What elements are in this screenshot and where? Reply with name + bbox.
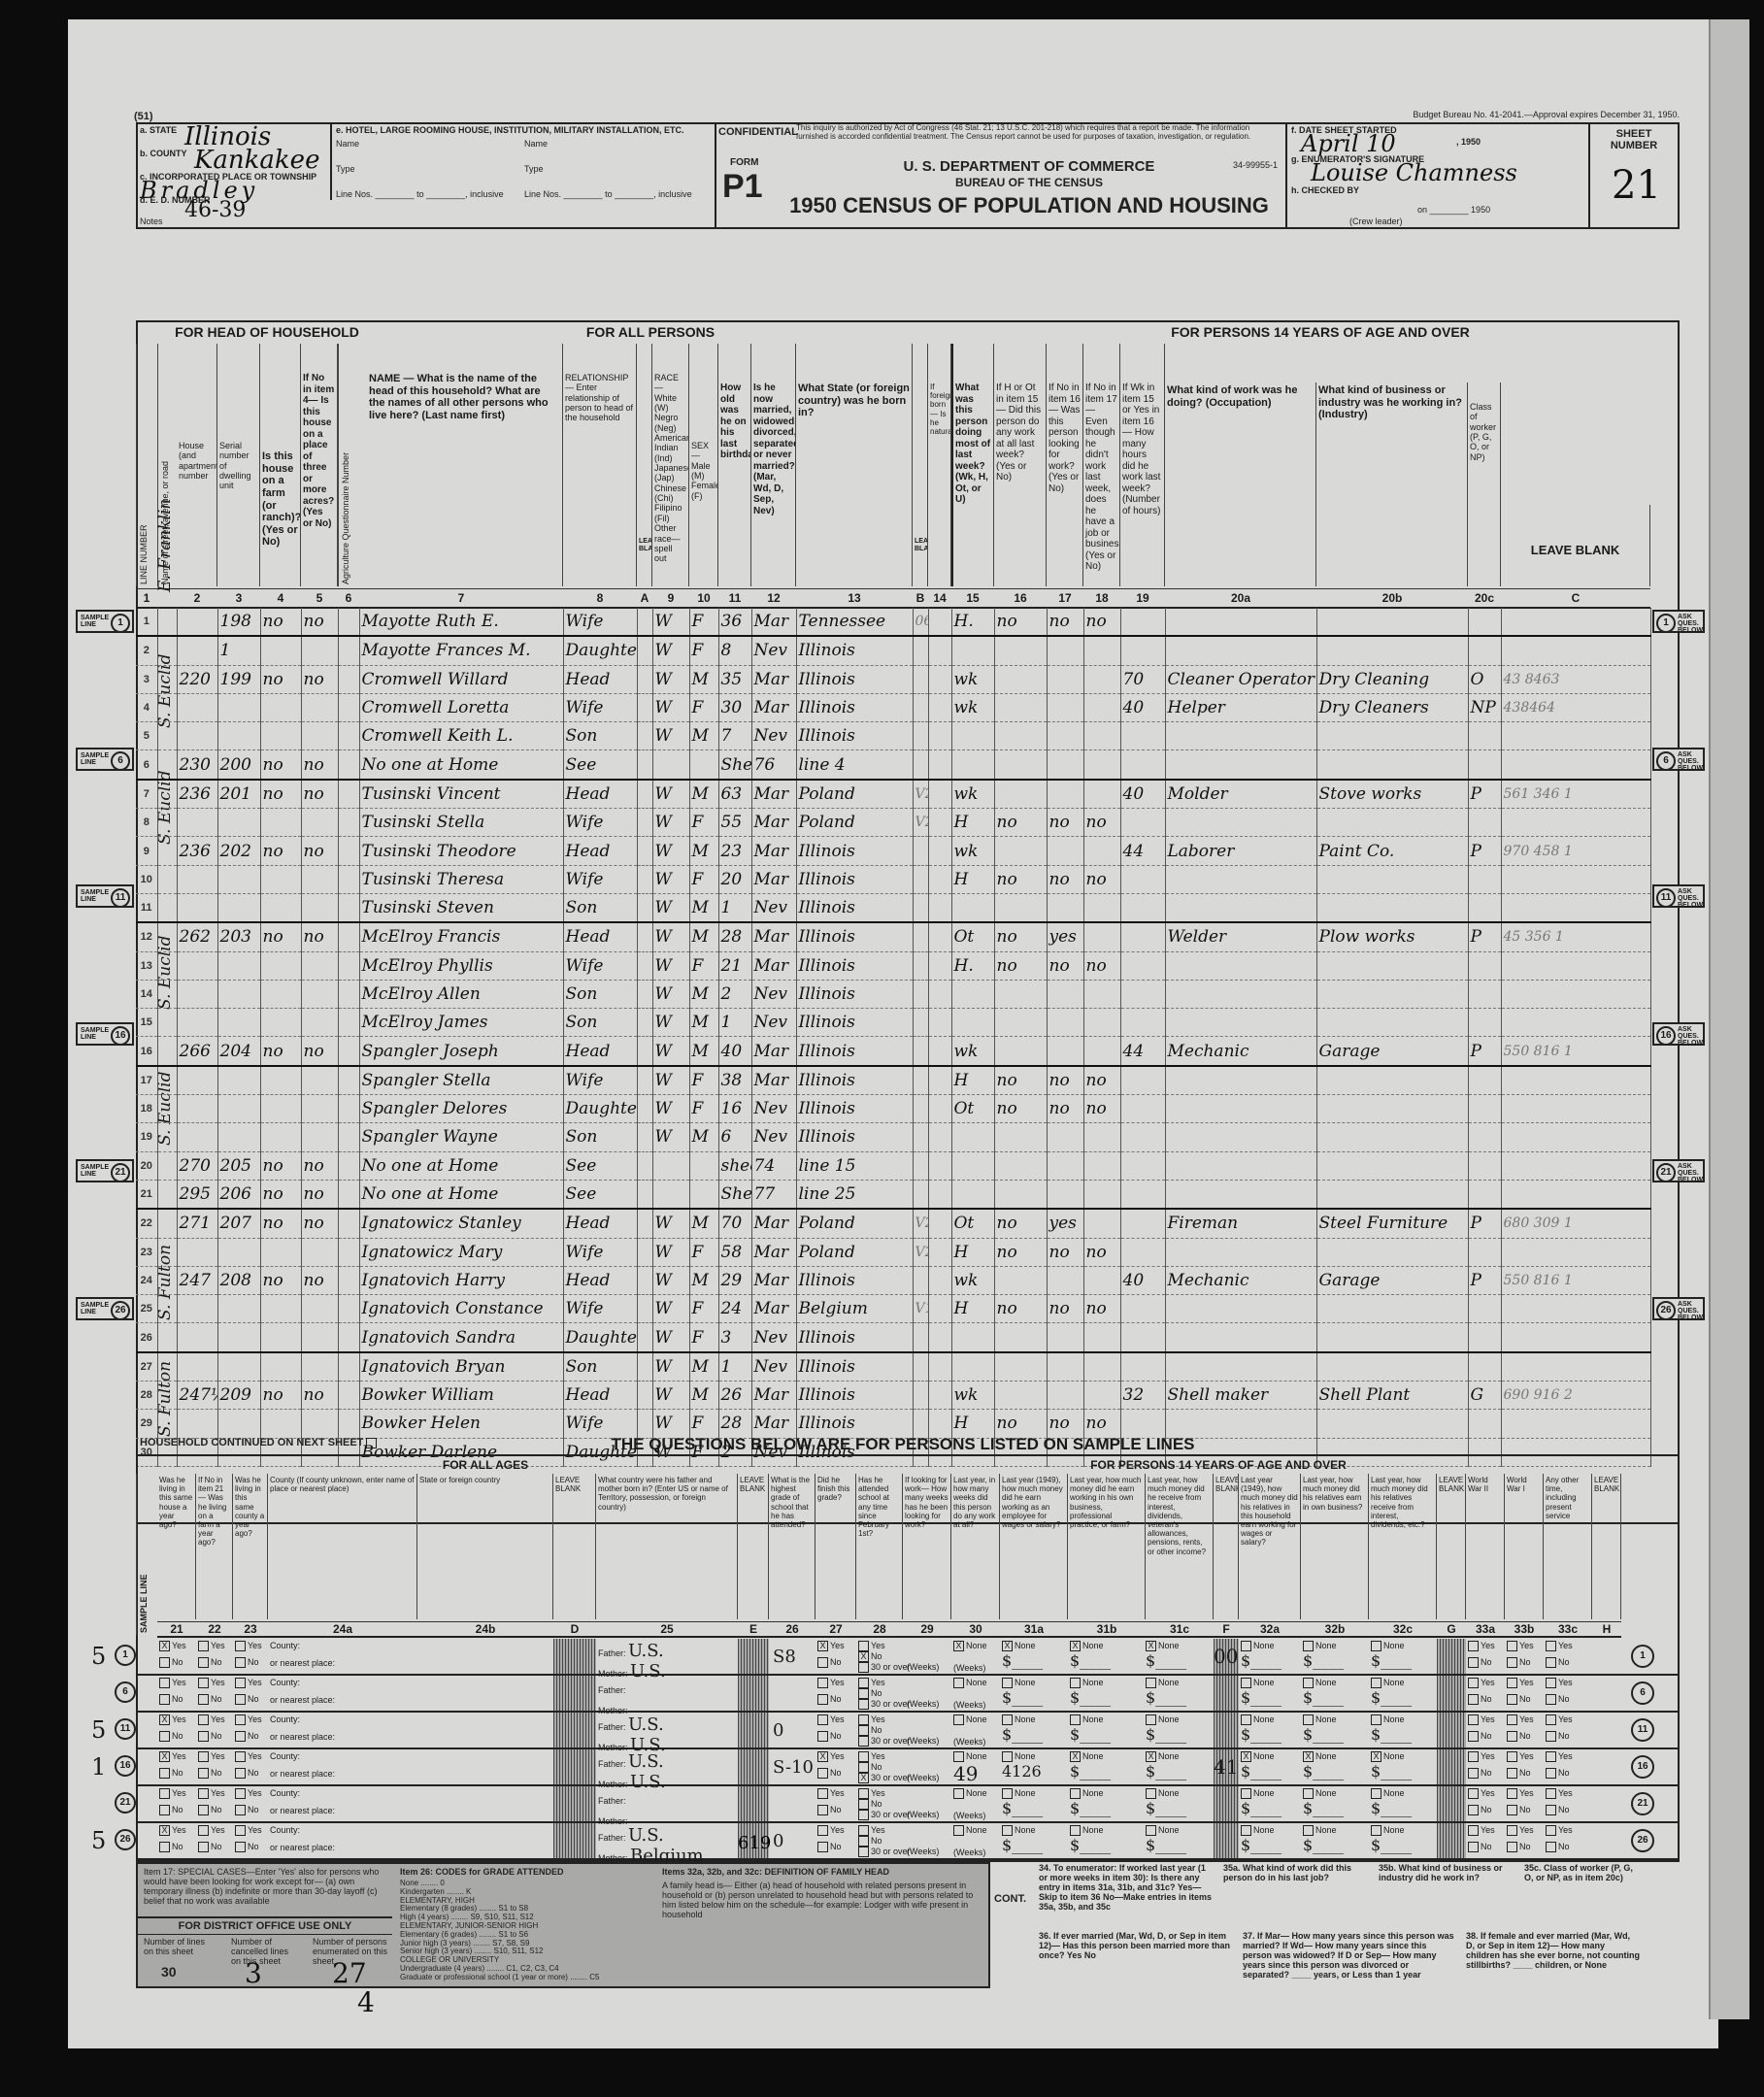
none-checkbox[interactable] — [1070, 1788, 1081, 1799]
no-option[interactable]: No — [198, 1768, 225, 1779]
yes-option[interactable]: Yes — [235, 1678, 262, 1688]
no-checkbox[interactable] — [1546, 1657, 1556, 1668]
none-checkbox[interactable]: X — [1002, 1641, 1013, 1651]
no-option[interactable]: No — [159, 1768, 186, 1779]
yes-checkbox[interactable] — [235, 1678, 246, 1688]
income-field[interactable]: None$____ — [1303, 1825, 1367, 1854]
weeks-looking-field[interactable]: (Weeks) — [907, 1736, 939, 1746]
no-option[interactable]: No — [1468, 1657, 1495, 1668]
income-field[interactable]: None$____ — [1070, 1788, 1134, 1817]
no-option[interactable]: No — [198, 1694, 225, 1705]
none-checkbox[interactable] — [1303, 1714, 1314, 1725]
yes-option[interactable]: XYes — [159, 1641, 186, 1651]
no-option[interactable]: No — [1546, 1694, 1573, 1705]
no-option[interactable]: No — [817, 1694, 845, 1705]
no-option[interactable]: No — [1507, 1842, 1534, 1852]
yes-checkbox[interactable] — [1507, 1641, 1517, 1651]
no-checkbox[interactable] — [235, 1731, 246, 1742]
yes-checkbox[interactable] — [1546, 1714, 1556, 1725]
no-option[interactable]: No — [1546, 1657, 1573, 1668]
thirty-or-over-checkbox[interactable] — [858, 1810, 869, 1820]
no-checkbox[interactable] — [159, 1694, 170, 1705]
no-checkbox[interactable]: X — [858, 1651, 869, 1662]
yes-checkbox[interactable] — [235, 1641, 246, 1651]
yes-option[interactable]: Yes — [198, 1714, 225, 1725]
no-option[interactable]: No — [1468, 1842, 1495, 1852]
yes-checkbox[interactable] — [198, 1678, 209, 1688]
no-checkbox[interactable] — [198, 1842, 209, 1852]
none-checkbox[interactable] — [1371, 1788, 1381, 1799]
no-checkbox[interactable] — [159, 1842, 170, 1852]
none-checkbox[interactable] — [1371, 1714, 1381, 1725]
no-checkbox[interactable] — [159, 1731, 170, 1742]
none-checkbox[interactable] — [1303, 1825, 1314, 1836]
no-option[interactable]: No — [198, 1731, 225, 1742]
weeks-worked-field[interactable]: None(Weeks) — [953, 1825, 987, 1857]
weeks-worked-field[interactable]: XNone(Weeks) — [953, 1641, 987, 1673]
county-field[interactable]: County:or nearest place: — [270, 1641, 335, 1668]
yes-checkbox[interactable] — [235, 1714, 246, 1725]
school-yes[interactable]: Yes — [858, 1714, 911, 1725]
yes-option[interactable]: Yes — [1546, 1714, 1573, 1725]
none-checkbox[interactable] — [1371, 1825, 1381, 1836]
school-no[interactable]: XNo — [858, 1651, 911, 1662]
no-option[interactable]: No — [235, 1805, 262, 1815]
yes-option[interactable]: Yes — [817, 1788, 845, 1799]
yes-option[interactable]: Yes — [1468, 1678, 1495, 1688]
weeks-looking-field[interactable]: (Weeks) — [907, 1773, 939, 1782]
no-checkbox[interactable] — [817, 1657, 828, 1668]
yes-checkbox[interactable] — [1468, 1714, 1479, 1725]
yes-option[interactable]: Yes — [198, 1751, 225, 1762]
no-option[interactable]: No — [159, 1731, 186, 1742]
no-option[interactable]: No — [159, 1805, 186, 1815]
none-checkbox[interactable] — [1002, 1714, 1013, 1725]
no-option[interactable]: No — [1546, 1842, 1573, 1852]
none-checkbox[interactable]: X — [1371, 1751, 1381, 1762]
none-checkbox[interactable] — [1070, 1825, 1081, 1836]
yes-checkbox[interactable] — [817, 1788, 828, 1799]
weeks-looking-field[interactable]: (Weeks) — [907, 1847, 939, 1856]
no-option[interactable]: No — [1468, 1694, 1495, 1705]
no-checkbox[interactable] — [235, 1657, 246, 1668]
parents-birthplace-field[interactable]: Father: U.S.Mother: Belgium — [598, 1825, 734, 1866]
yes-checkbox[interactable] — [858, 1714, 869, 1725]
income-field[interactable]: None$____ — [1241, 1678, 1305, 1707]
yes-checkbox[interactable] — [1546, 1788, 1556, 1799]
weeks-worked-field[interactable]: None(Weeks) — [953, 1714, 987, 1747]
no-checkbox[interactable] — [159, 1768, 170, 1779]
no-checkbox[interactable] — [1507, 1731, 1517, 1742]
yes-option[interactable]: Yes — [1507, 1641, 1534, 1651]
yes-option[interactable]: Yes — [235, 1641, 262, 1651]
no-checkbox[interactable] — [1546, 1805, 1556, 1815]
yes-option[interactable]: Yes — [235, 1788, 262, 1799]
yes-checkbox[interactable] — [1507, 1751, 1517, 1762]
yes-checkbox[interactable] — [1468, 1678, 1479, 1688]
yes-checkbox[interactable] — [159, 1788, 170, 1799]
weeks-worked-field[interactable]: None(Weeks) — [953, 1678, 987, 1710]
yes-option[interactable]: Yes — [1546, 1788, 1573, 1799]
yes-option[interactable]: Yes — [1468, 1714, 1495, 1725]
school-yes[interactable]: Yes — [858, 1678, 911, 1688]
yes-checkbox[interactable] — [1507, 1714, 1517, 1725]
yes-option[interactable]: Yes — [198, 1678, 225, 1688]
yes-checkbox[interactable] — [1507, 1678, 1517, 1688]
yes-option[interactable]: Yes — [817, 1714, 845, 1725]
income-field[interactable]: None$____ — [1241, 1641, 1305, 1670]
income-field[interactable]: XNone$____ — [1002, 1641, 1066, 1670]
school-no[interactable]: No — [858, 1725, 911, 1736]
none-checkbox[interactable] — [1241, 1825, 1251, 1836]
income-field[interactable]: None$____ — [1070, 1678, 1134, 1707]
no-checkbox[interactable] — [198, 1768, 209, 1779]
none-checkbox[interactable] — [1146, 1678, 1156, 1688]
income-field[interactable]: None$____ — [1303, 1788, 1367, 1817]
no-option[interactable]: No — [817, 1768, 845, 1779]
no-checkbox[interactable] — [1468, 1731, 1479, 1742]
none-checkbox[interactable] — [1070, 1678, 1081, 1688]
yes-option[interactable]: Yes — [1507, 1751, 1534, 1762]
income-field[interactable]: None$____ — [1002, 1714, 1066, 1744]
no-option[interactable]: No — [1507, 1768, 1534, 1779]
yes-checkbox[interactable] — [858, 1678, 869, 1688]
none-checkbox[interactable] — [1303, 1788, 1314, 1799]
no-checkbox[interactable] — [1468, 1657, 1479, 1668]
yes-checkbox[interactable] — [1546, 1751, 1556, 1762]
no-checkbox[interactable] — [159, 1805, 170, 1815]
income-field[interactable]: None$____ — [1371, 1678, 1435, 1707]
none-checkbox[interactable] — [1002, 1678, 1013, 1688]
weeks-looking-field[interactable]: (Weeks) — [907, 1810, 939, 1819]
no-option[interactable]: No — [817, 1842, 845, 1852]
no-option[interactable]: No — [1507, 1657, 1534, 1668]
income-field[interactable]: XNone$____ — [1070, 1641, 1134, 1670]
income-field[interactable]: None$____ — [1146, 1825, 1210, 1854]
household-continued-checkbox[interactable] — [366, 1438, 377, 1448]
no-checkbox[interactable] — [1507, 1694, 1517, 1705]
school-30-or-over[interactable]: 30 or over — [858, 1662, 911, 1673]
yes-option[interactable]: Yes — [159, 1678, 186, 1688]
no-checkbox[interactable] — [1507, 1805, 1517, 1815]
yes-checkbox[interactable] — [198, 1825, 209, 1836]
none-checkbox[interactable]: X — [1146, 1641, 1156, 1651]
income-field[interactable]: None$____ — [1303, 1678, 1367, 1707]
yes-checkbox[interactable]: X — [817, 1751, 828, 1762]
no-checkbox[interactable] — [1546, 1731, 1556, 1742]
no-option[interactable]: No — [159, 1657, 186, 1668]
income-field[interactable]: None$____ — [1371, 1788, 1435, 1817]
yes-checkbox[interactable] — [817, 1678, 828, 1688]
none-checkbox[interactable] — [953, 1825, 964, 1836]
none-checkbox[interactable] — [1241, 1714, 1251, 1725]
yes-checkbox[interactable] — [198, 1751, 209, 1762]
none-checkbox[interactable] — [1002, 1788, 1013, 1799]
yes-checkbox[interactable] — [858, 1641, 869, 1651]
school-no[interactable]: No — [858, 1799, 911, 1810]
yes-checkbox[interactable] — [1546, 1641, 1556, 1651]
no-option[interactable]: No — [1507, 1731, 1534, 1742]
no-checkbox[interactable] — [817, 1842, 828, 1852]
income-field[interactable]: XNone$____ — [1146, 1641, 1210, 1670]
yes-option[interactable]: Yes — [159, 1788, 186, 1799]
income-field[interactable]: XNone$____ — [1303, 1751, 1367, 1781]
none-checkbox[interactable] — [953, 1751, 964, 1762]
no-option[interactable]: No — [198, 1805, 225, 1815]
yes-checkbox[interactable] — [1507, 1825, 1517, 1836]
income-field[interactable]: None$____ — [1371, 1825, 1435, 1854]
yes-option[interactable]: XYes — [159, 1751, 186, 1762]
income-field[interactable]: None$____ — [1241, 1788, 1305, 1817]
yes-option[interactable]: Yes — [1546, 1825, 1573, 1836]
yes-checkbox[interactable] — [858, 1751, 869, 1762]
income-field[interactable]: None$____ — [1303, 1641, 1367, 1670]
thirty-or-over-checkbox[interactable] — [858, 1699, 869, 1710]
no-option[interactable]: No — [198, 1842, 225, 1852]
no-checkbox[interactable] — [1546, 1842, 1556, 1852]
no-checkbox[interactable] — [858, 1725, 869, 1736]
income-field[interactable]: None$____ — [1371, 1641, 1435, 1670]
no-checkbox[interactable] — [1468, 1694, 1479, 1705]
yes-option[interactable]: XYes — [159, 1714, 186, 1725]
income-field[interactable]: None$____ — [1303, 1714, 1367, 1744]
yes-option[interactable]: XYes — [817, 1641, 845, 1651]
income-field[interactable]: XNone$____ — [1070, 1751, 1134, 1781]
none-checkbox[interactable] — [1303, 1678, 1314, 1688]
no-option[interactable]: No — [1546, 1768, 1573, 1779]
yes-checkbox[interactable] — [817, 1825, 828, 1836]
weeks-looking-field[interactable]: (Weeks) — [907, 1662, 939, 1672]
yes-checkbox[interactable] — [235, 1825, 246, 1836]
no-checkbox[interactable] — [198, 1731, 209, 1742]
no-checkbox[interactable] — [159, 1657, 170, 1668]
yes-option[interactable]: XYes — [817, 1751, 845, 1762]
income-field[interactable]: XNone$____ — [1241, 1751, 1305, 1781]
school-30-or-over[interactable]: 30 or over — [858, 1699, 911, 1710]
none-checkbox[interactable]: X — [1070, 1751, 1081, 1762]
none-checkbox[interactable] — [1241, 1788, 1251, 1799]
no-checkbox[interactable] — [198, 1657, 209, 1668]
school-yes[interactable]: Yes — [858, 1788, 911, 1799]
none-checkbox[interactable] — [1146, 1714, 1156, 1725]
none-checkbox[interactable]: X — [1303, 1751, 1314, 1762]
none-checkbox[interactable]: X — [1146, 1751, 1156, 1762]
none-checkbox[interactable] — [1002, 1825, 1013, 1836]
no-option[interactable]: No — [235, 1657, 262, 1668]
none-checkbox[interactable] — [1303, 1641, 1314, 1651]
no-option[interactable]: No — [1546, 1805, 1573, 1815]
income-field[interactable]: None$____ — [1146, 1714, 1210, 1744]
yes-option[interactable]: Yes — [817, 1678, 845, 1688]
yes-checkbox[interactable] — [1468, 1788, 1479, 1799]
no-checkbox[interactable] — [817, 1694, 828, 1705]
none-checkbox[interactable] — [1002, 1751, 1013, 1762]
none-checkbox[interactable] — [1371, 1641, 1381, 1651]
none-checkbox[interactable] — [953, 1788, 964, 1799]
income-field[interactable]: XNone$____ — [1371, 1751, 1435, 1781]
no-option[interactable]: No — [1468, 1731, 1495, 1742]
thirty-or-over-checkbox[interactable] — [858, 1847, 869, 1857]
no-option[interactable]: No — [159, 1694, 186, 1705]
no-option[interactable]: No — [1507, 1805, 1534, 1815]
income-field[interactable]: None$____ — [1371, 1714, 1435, 1744]
income-field[interactable]: None$____ — [1241, 1825, 1305, 1854]
income-field[interactable]: None$____ — [1070, 1714, 1134, 1744]
yes-checkbox[interactable] — [1546, 1825, 1556, 1836]
county-field[interactable]: County:or nearest place: — [270, 1678, 335, 1705]
none-checkbox[interactable] — [1070, 1714, 1081, 1725]
yes-option[interactable]: Yes — [198, 1825, 225, 1836]
school-no[interactable]: No — [858, 1688, 911, 1699]
none-checkbox[interactable]: X — [953, 1641, 964, 1651]
none-checkbox[interactable] — [1146, 1788, 1156, 1799]
income-field[interactable]: None4126 — [1002, 1751, 1066, 1781]
no-checkbox[interactable] — [1468, 1842, 1479, 1852]
no-checkbox[interactable] — [817, 1731, 828, 1742]
yes-checkbox[interactable] — [1468, 1825, 1479, 1836]
no-option[interactable]: No — [159, 1842, 186, 1852]
yes-option[interactable]: Yes — [235, 1825, 262, 1836]
yes-checkbox[interactable] — [858, 1788, 869, 1799]
no-option[interactable]: No — [817, 1731, 845, 1742]
county-field[interactable]: County:or nearest place: — [270, 1714, 335, 1742]
yes-checkbox[interactable]: X — [817, 1641, 828, 1651]
no-checkbox[interactable] — [1507, 1657, 1517, 1668]
none-checkbox[interactable] — [1241, 1641, 1251, 1651]
no-checkbox[interactable] — [817, 1805, 828, 1815]
yes-checkbox[interactable] — [235, 1751, 246, 1762]
yes-checkbox[interactable] — [198, 1641, 209, 1651]
no-checkbox[interactable] — [858, 1688, 869, 1699]
income-field[interactable]: None$____ — [1146, 1678, 1210, 1707]
no-checkbox[interactable] — [1507, 1842, 1517, 1852]
yes-checkbox[interactable] — [198, 1788, 209, 1799]
yes-option[interactable]: Yes — [1546, 1678, 1573, 1688]
none-checkbox[interactable] — [1146, 1825, 1156, 1836]
yes-option[interactable]: Yes — [235, 1751, 262, 1762]
yes-checkbox[interactable] — [1546, 1678, 1556, 1688]
yes-option[interactable]: Yes — [1546, 1641, 1573, 1651]
thirty-or-over-checkbox[interactable]: X — [858, 1773, 869, 1783]
no-checkbox[interactable] — [235, 1805, 246, 1815]
income-field[interactable]: None$____ — [1070, 1825, 1134, 1854]
no-option[interactable]: No — [235, 1768, 262, 1779]
yes-checkbox[interactable] — [1468, 1751, 1479, 1762]
no-option[interactable]: No — [817, 1657, 845, 1668]
yes-option[interactable]: Yes — [1468, 1825, 1495, 1836]
yes-checkbox[interactable] — [817, 1714, 828, 1725]
no-checkbox[interactable] — [235, 1768, 246, 1779]
county-field[interactable]: County:or nearest place: — [270, 1788, 335, 1815]
county-field[interactable]: County:or nearest place: — [270, 1751, 335, 1779]
none-checkbox[interactable]: X — [1070, 1641, 1081, 1651]
no-option[interactable]: No — [1468, 1768, 1495, 1779]
yes-option[interactable]: Yes — [1468, 1788, 1495, 1799]
school-no[interactable]: No — [858, 1762, 911, 1773]
weeks-worked-field[interactable]: None49 — [953, 1751, 987, 1785]
income-field[interactable]: None$____ — [1002, 1788, 1066, 1817]
no-option[interactable]: No — [235, 1842, 262, 1852]
yes-option[interactable]: Yes — [1507, 1714, 1534, 1725]
yes-option[interactable]: Yes — [198, 1788, 225, 1799]
no-checkbox[interactable] — [858, 1836, 869, 1847]
yes-option[interactable]: Yes — [198, 1641, 225, 1651]
no-option[interactable]: No — [235, 1731, 262, 1742]
yes-option[interactable]: Yes — [1507, 1788, 1534, 1799]
yes-option[interactable]: Yes — [1468, 1641, 1495, 1651]
no-checkbox[interactable] — [817, 1768, 828, 1779]
yes-option[interactable]: Yes — [1468, 1751, 1495, 1762]
thirty-or-over-checkbox[interactable] — [858, 1736, 869, 1747]
no-checkbox[interactable] — [1468, 1805, 1479, 1815]
yes-option[interactable]: Yes — [1507, 1825, 1534, 1836]
none-checkbox[interactable]: X — [1241, 1751, 1251, 1762]
yes-checkbox[interactable] — [198, 1714, 209, 1725]
school-yes[interactable]: Yes — [858, 1825, 911, 1836]
yes-checkbox[interactable]: X — [159, 1825, 170, 1836]
no-checkbox[interactable] — [235, 1694, 246, 1705]
school-yes[interactable]: Yes — [858, 1641, 911, 1651]
no-option[interactable]: No — [1507, 1694, 1534, 1705]
yes-checkbox[interactable] — [159, 1678, 170, 1688]
thirty-or-over-checkbox[interactable] — [858, 1662, 869, 1673]
weeks-worked-field[interactable]: None(Weeks) — [953, 1788, 987, 1820]
school-30-or-over[interactable]: 30 or over — [858, 1810, 911, 1820]
school-no[interactable]: No — [858, 1836, 911, 1847]
no-option[interactable]: No — [198, 1657, 225, 1668]
no-option[interactable]: No — [235, 1694, 262, 1705]
none-checkbox[interactable] — [1371, 1678, 1381, 1688]
yes-checkbox[interactable] — [1507, 1788, 1517, 1799]
no-checkbox[interactable] — [1507, 1768, 1517, 1779]
yes-checkbox[interactable] — [1468, 1641, 1479, 1651]
yes-checkbox[interactable] — [858, 1825, 869, 1836]
yes-checkbox[interactable] — [235, 1788, 246, 1799]
yes-option[interactable]: Yes — [817, 1825, 845, 1836]
no-checkbox[interactable] — [198, 1805, 209, 1815]
income-field[interactable]: None$____ — [1002, 1825, 1066, 1854]
county-field[interactable]: County:or nearest place: — [270, 1825, 335, 1852]
school-30-or-over[interactable]: 30 or over — [858, 1847, 911, 1857]
no-checkbox[interactable] — [858, 1762, 869, 1773]
no-option[interactable]: No — [1468, 1805, 1495, 1815]
no-checkbox[interactable] — [1546, 1694, 1556, 1705]
no-checkbox[interactable] — [1546, 1768, 1556, 1779]
yes-option[interactable]: Yes — [1507, 1678, 1534, 1688]
no-checkbox[interactable] — [235, 1842, 246, 1852]
no-checkbox[interactable] — [1468, 1768, 1479, 1779]
none-checkbox[interactable] — [953, 1678, 964, 1688]
yes-option[interactable]: Yes — [235, 1714, 262, 1725]
yes-option[interactable]: Yes — [1546, 1751, 1573, 1762]
income-field[interactable]: XNone$____ — [1146, 1751, 1210, 1781]
school-yes[interactable]: Yes — [858, 1751, 911, 1762]
yes-option[interactable]: XYes — [159, 1825, 186, 1836]
yes-checkbox[interactable]: X — [159, 1714, 170, 1725]
yes-checkbox[interactable]: X — [159, 1751, 170, 1762]
yes-checkbox[interactable]: X — [159, 1641, 170, 1651]
school-30-or-over[interactable]: X30 or over — [858, 1773, 911, 1783]
none-checkbox[interactable] — [953, 1714, 964, 1725]
no-option[interactable]: No — [1546, 1731, 1573, 1742]
weeks-looking-field[interactable]: (Weeks) — [907, 1699, 939, 1709]
income-field[interactable]: None$____ — [1002, 1678, 1066, 1707]
no-checkbox[interactable] — [858, 1799, 869, 1810]
school-30-or-over[interactable]: 30 or over — [858, 1736, 911, 1747]
none-checkbox[interactable] — [1241, 1678, 1251, 1688]
income-field[interactable]: None$____ — [1146, 1788, 1210, 1817]
income-field[interactable]: None$____ — [1241, 1714, 1305, 1744]
